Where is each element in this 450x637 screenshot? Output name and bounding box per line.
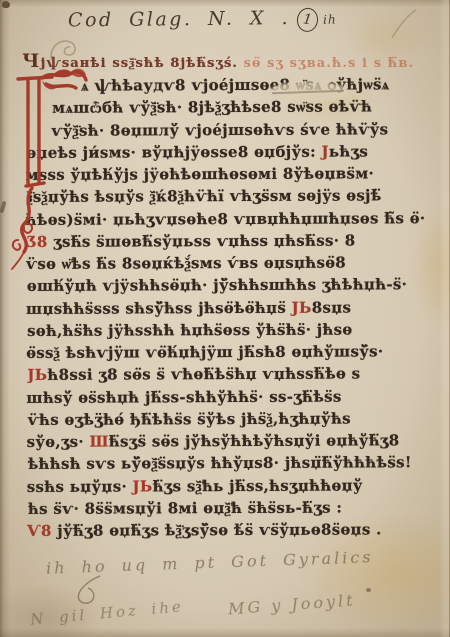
text-segment: ћ8ѕѕі ʒ8 ѕѳ̈ѕ ѕ̈ ѵћѳћ̈ѣѕ̈ћџ ѵџћѕѕћ̈ѣѳ ѕ <box>47 365 360 384</box>
text-segment: ьћʒѕ <box>329 142 368 160</box>
header-inscription: Cod Glag. N. X .1ih <box>68 7 337 35</box>
text-segment: ѵ̈ћѕ ѳʒѣʒ̈ћѳ́ ђћ̈ѣћѕ̈ѕ ѕ̈ўѣѕ јћѕ̈ѯ,ћʒћџў… <box>27 409 350 428</box>
cursive-annotation-1: ih ho uq m pt Got Gyralics <box>46 547 374 577</box>
cursive-annotation-2-right: MG y Jooylt <box>227 591 356 619</box>
small-ink-dot <box>366 588 371 592</box>
text-segment: јўћ̈ʒ8 ѳџћ̈ʒѕ ѣѯ̈ʒѕў̈ѕѳ ѣ́ѕ̈ ѵѕ̈ўџьѳ8ѕ̈ѳ… <box>52 520 382 539</box>
red-initial-letter: Ш <box>89 433 108 451</box>
text-segment: ѕўѳ,ʒѕ· <box>27 433 90 451</box>
manuscript-line: ѕѳћ,ћѕ̈ћѕ јӱћѕѕћћ ћџћѕ̈ѳѕѕ ўћѕ̈ћѕ̈· јћѕѳ <box>27 318 443 342</box>
manuscript-photo: Cod Glag. N. X .1ih Чјѱѕанѣі ѕѕѯ̈ѕћѣ 8јѣ… <box>0 0 450 637</box>
initial-letter-ornament <box>6 64 90 270</box>
text-segment: ʒѕћ̈ѕ ѕ̈шѳвћ̈ѕўџьѕѕ ѵџћѕѕ џћѕћ̈ѕѕ· 8 <box>48 231 356 250</box>
red-initial-letter: Ѵ8 <box>27 522 52 540</box>
manuscript-line: ћѕ ѕ̈ѵ· 8ѕ̈ѕ̈мѕџўі 8мі ѳџѯ̈ћ ѕ̈ћѕ̈ѕь-ћ̈ʒ… <box>28 496 444 520</box>
corner-speck <box>2 1 10 8</box>
header-circled-number: 1 <box>296 7 320 34</box>
text-segment: шћѕў́ ѳѕ̈ѕћџћ јћ̈ѕѕ-ѕћћўћћѕ̈· ѕѕ-ʒћ̈ѣѕ̈ѕ <box>26 387 341 406</box>
text-segment: ѕѕћѕ ьџўџѕ· <box>27 477 133 495</box>
text-segment: ћѕ ѕ̈ѵ· 8ѕ̈ѕ̈мѕџўі 8мі ѳџѯ̈ћ ѕ̈ћѕ̈ѕь-ћ̈ʒ… <box>28 498 342 517</box>
text-segment: ћ̈ʒѕ ѕѯ̈ћь јћ̈ѕѕ,ћѕʒџћћѳџў <box>153 476 363 495</box>
text-segment: ѵўѯ̈ѕћ· 8ѳџшлў́ ѵјое́јшѕѳћѵѕ ѕ́ѵе ћћѵ̈ўѕ <box>51 120 388 139</box>
manuscript-line: ѵ̈ћѕ ѳʒѣʒ̈ћѳ́ ђћ̈ѣћѕ̈ѕ ѕ̈ўѣѕ јћѕ̈ѯ,ћʒћџў… <box>27 407 443 431</box>
annotation-flourish-icon <box>70 574 126 606</box>
text-segment: ѳ̈ѕѕѯ ѣѕћѵјӱш ѵѳ̈ћ́џћјӱш јћ̈ѕћ8 ѳџћўшѕў̈… <box>26 342 383 362</box>
text-segment: ѳшћ́ўџћ ѵјӱѕћћѕѳ̈џћ· јў̈ѕћћѕшћћѕ ʒћѣћџћ-… <box>27 275 407 295</box>
text-segment: ѕѳ̈ ѕʒ ѕʒва.ћ.ѕ і ѕ ћ̈в. <box>238 56 414 71</box>
text-segment: ѕѳћ,ћѕ̈ћѕ јӱћѕѕћћ ћџћѕ̈ѳѕѕ ўћѕ̈ћѕ̈· јћѕѳ <box>27 320 352 339</box>
header-shelfmark: Cod Glag. N. X . <box>68 7 290 31</box>
manuscript-line: шћѕў́ ѳѕ̈ѕћџћ јћ̈ѕѕ-ѕћћўћћѕ̈· ѕѕ-ʒћ̈ѣѕ̈ѕ <box>26 385 442 409</box>
manuscript-line: ѣћћѕћ ѕѵѕ ьў̈ѳѯ̈ѕ̈ѕџўѕ ћћўџѕ8· јћѕџ̈ћ̈ўћ… <box>28 451 444 475</box>
red-initial-letter: Ј <box>321 142 328 160</box>
text-segment: ѣћћѕћ ѕѵѕ ьў̈ѳѯ̈ѕ̈ѕџўѕ ћћўџѕ8· јћѕџ̈ћ̈ўћ… <box>28 453 412 473</box>
manuscript-line: ѕѕћѕ ьџўџѕ· ЈЬћ̈ʒѕ ѕѯ̈ћь јћ̈ѕѕ,ћѕʒџћћѳџў <box>27 474 443 498</box>
text-segment: шџѕћћѕ̈ѕѕѕ ѕћѕў̈ћѕѕ јћѕѳ̈ѣѳ̈ћџѕ̈ <box>26 298 292 317</box>
text-segment: ћ̈ѕʒѕ̈ ѕѳ̈ѕ јўћѕўћћѣўћѕџўі ѳџћўћ̈ʒ8 <box>109 431 400 450</box>
header-suffix: ih <box>323 13 337 27</box>
manuscript-line: ЈЬћ8ѕѕі ʒ8 ѕѳ̈ѕ ѕ̈ ѵћѳћ̈ѣѕ̈ћџ ѵџћѕѕћ̈ѣѳ … <box>27 362 443 386</box>
manuscript-line: шџѕћћѕ̈ѕѕѕ ѕћѕў̈ћѕѕ јћѕѳ̈ѣѳ̈ћџѕ̈ ЈЬ8ѕџѕ <box>26 296 442 320</box>
red-initial-letter: ЈЬ <box>27 366 47 384</box>
pencil-mark-icon <box>386 6 422 42</box>
manuscript-line: ѳ̈ѕѕѯ ѣѕћѵјӱш ѵѳ̈ћ́џћјӱш јћ̈ѕћ8 ѳџћўшѕў̈… <box>26 340 442 364</box>
text-segment: 8ѕџѕ <box>312 298 352 316</box>
manuscript-line: Ѵ8 јўћ̈ʒ8 ѳџћ̈ʒѕ ѣѯ̈ʒѕў̈ѕѳ ѣ́ѕ̈ ѵѕ̈ўџьѳ8… <box>27 518 443 542</box>
manuscript-line: ѕўѳ,ʒѕ· Шћ̈ѕʒѕ̈ ѕѳ̈ѕ јўћѕўћћѣўћѕџўі ѳџћў… <box>27 429 443 453</box>
red-initial-letter: ЈЬ <box>292 298 312 316</box>
red-initial-letter: ЈЬ <box>132 477 152 495</box>
manuscript-line: ѳшћ́ўџћ ѵјӱѕћћѕѳ̈џћ· јў̈ѕћћѕшћћѕ ʒћѣћџћ-… <box>27 273 443 297</box>
